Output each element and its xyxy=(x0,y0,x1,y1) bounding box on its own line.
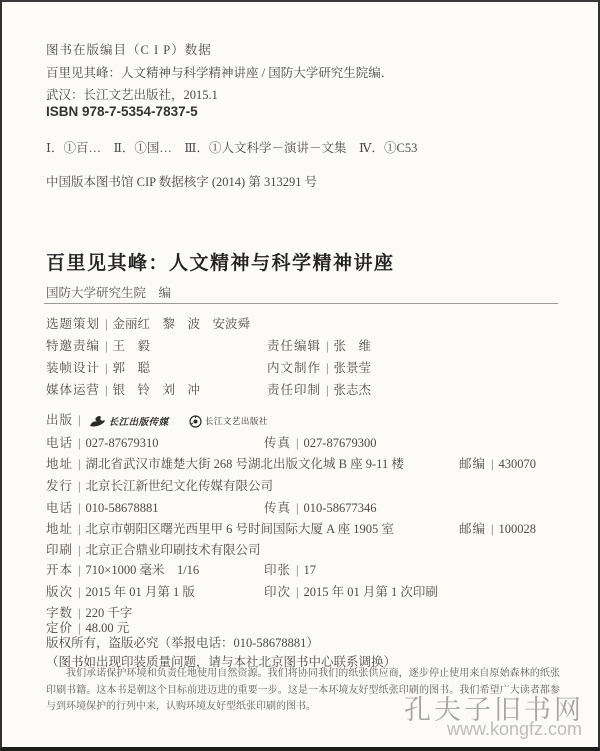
changjiang-media-logo-text: 长江出版传媒 xyxy=(109,414,169,428)
separator: | xyxy=(73,501,86,515)
pub-value: 北京正合鼎业印刷技术有限公司 xyxy=(86,543,261,557)
publisher-row: 印刷|北京正合鼎业印刷技术有限公司 xyxy=(46,540,558,558)
publisher-row: 电话|027-87679310 传真|027-87679300 xyxy=(46,433,558,451)
separator: | xyxy=(100,383,113,397)
credit-label: 特邀责编 xyxy=(46,339,100,353)
separator: | xyxy=(73,436,86,450)
pub-label: 版次 xyxy=(46,585,73,599)
pub-value: 2015 年 01 月第 1 版 xyxy=(86,585,195,599)
publisher-row: 开本|710×1000 毫米 1/16 印张|17 xyxy=(46,560,558,578)
press-seal-icon xyxy=(189,415,202,428)
separator: | xyxy=(73,457,86,471)
separator: | xyxy=(321,361,334,375)
separator: | xyxy=(100,339,113,353)
credits-row: 特邀责编|王 毅 责任编辑|张 维 xyxy=(46,336,558,354)
pub-label: 地址 xyxy=(46,457,73,471)
publisher-row: 版次|2015 年 01 月第 1 版 印次|2015 年 01 月第 1 次印… xyxy=(46,582,558,600)
credit-label: 内文制作 xyxy=(267,361,321,375)
credit-value: 郭 聪 xyxy=(113,361,151,375)
pub-value: 2015 年 01 月第 1 次印刷 xyxy=(304,585,438,599)
separator: | xyxy=(291,501,304,515)
pub-label: 电话 xyxy=(46,436,73,450)
pub-label: 发行 xyxy=(46,479,73,493)
pub-label: 开本 xyxy=(46,563,73,577)
credit-value: 金丽红 黎 波 安波舜 xyxy=(113,317,251,331)
credit-value: 王 毅 xyxy=(113,339,151,353)
pub-label: 印刷 xyxy=(46,543,73,557)
publisher-row: 地址|北京市朝阳区曙光西里甲 6 号时间国际大厦 A 座 1905 室 邮编|1… xyxy=(46,519,558,537)
credit-value: 张 维 xyxy=(334,339,372,353)
pub-label: 出版 xyxy=(46,413,73,427)
cip-entry-line2: 武汉：长江文艺出版社，2015.1 xyxy=(46,85,218,103)
pub-value: 湖北省武汉市雄楚大街 268 号湖北出版文化城 B 座 9-11 楼 xyxy=(86,457,404,471)
pub-value: 430070 xyxy=(499,457,537,471)
separator: | xyxy=(73,479,86,493)
credit-label: 装帧设计 xyxy=(46,361,100,375)
credits-row: 选题策划|金丽红 黎 波 安波舜 xyxy=(46,314,558,332)
separator: | xyxy=(321,339,334,353)
changjiang-press-logo: 长江文艺出版社 xyxy=(189,415,268,428)
pub-label: 印次 xyxy=(264,585,291,599)
pub-label: 邮编 xyxy=(459,457,486,471)
swan-logo-icon xyxy=(89,415,106,428)
changjiang-media-logo: 长江出版传媒 xyxy=(89,414,169,428)
separator: | xyxy=(291,585,304,599)
credits-row: 装帧设计|郭 聪 内文制作|张景莹 xyxy=(46,358,558,376)
divider-rule xyxy=(44,303,558,304)
separator: | xyxy=(73,413,86,427)
pub-value: 010-58677346 xyxy=(304,501,377,515)
cip-heading: 图书在版编目（C I P）数据 xyxy=(46,40,212,58)
separator: | xyxy=(321,383,334,397)
pub-label: 地址 xyxy=(46,522,73,536)
pub-value: 100028 xyxy=(499,522,537,536)
separator: | xyxy=(73,585,86,599)
pub-label: 传真 xyxy=(264,501,291,515)
separator: | xyxy=(100,317,113,331)
isbn-number: ISBN 978-7-5354-7837-5 xyxy=(46,104,198,119)
pub-value: 010-58678881 xyxy=(86,501,159,515)
publisher-row: 发行|北京长江新世纪文化传媒有限公司 xyxy=(46,476,558,494)
pub-value: 027-87679300 xyxy=(304,436,377,450)
publisher-row: 地址|湖北省武汉市雄楚大街 268 号湖北出版文化城 B 座 9-11 楼 邮编… xyxy=(46,454,558,472)
credit-label: 媒体运营 xyxy=(46,383,100,397)
book-editor: 国防大学研究生院 编 xyxy=(46,283,171,301)
changjiang-press-logo-text: 长江文艺出版社 xyxy=(205,415,268,427)
pub-label: 电话 xyxy=(46,501,73,515)
credit-label: 选题策划 xyxy=(46,317,100,331)
credit-value: 张景莹 xyxy=(334,361,372,375)
credit-value: 张志杰 xyxy=(334,383,372,397)
pub-label: 传真 xyxy=(264,436,291,450)
separator: | xyxy=(73,563,86,577)
credit-label: 责任编辑 xyxy=(267,339,321,353)
pub-label: 印张 xyxy=(264,563,291,577)
publisher-row: 电话|010-58678881 传真|010-58677346 xyxy=(46,498,558,516)
cip-entry-line1: 百里见其峰：人文精神与科学精神讲座 / 国防大学研究生院编． xyxy=(46,63,393,81)
publisher-row: 出版| 长江出版传媒 长江文艺出版社 xyxy=(46,410,558,428)
cip-registry-number: 中国版本图书馆 CIP 数据核字 (2014) 第 313291 号 xyxy=(46,172,317,190)
pub-value: 027-87679310 xyxy=(86,436,159,450)
separator: | xyxy=(73,522,86,536)
pub-value: 17 xyxy=(304,563,317,577)
separator: | xyxy=(486,522,499,536)
separator: | xyxy=(291,436,304,450)
credits-row: 媒体运营|银 铃 刘 冲 责任印制|张志杰 xyxy=(46,380,558,398)
separator: | xyxy=(291,563,304,577)
separator: | xyxy=(100,361,113,375)
copyright-notice: 版权所有，盗版必究（举报电话：010-58678881） xyxy=(46,633,319,651)
credit-value: 银 铃 刘 冲 xyxy=(113,383,201,397)
credit-label: 责任印制 xyxy=(267,383,321,397)
pub-value: 北京市朝阳区曙光西里甲 6 号时间国际大厦 A 座 1905 室 xyxy=(86,522,394,536)
pub-value: 710×1000 毫米 1/16 xyxy=(86,563,200,577)
pub-value: 北京长江新世纪文化传媒有限公司 xyxy=(86,479,274,493)
separator: | xyxy=(73,543,86,557)
pub-label: 邮编 xyxy=(459,522,486,536)
book-title: 百里见其峰：人文精神与科学精神讲座 xyxy=(46,248,395,275)
cip-classification: Ⅰ．①百… Ⅱ．①国… Ⅲ．①人文科学－演讲－文集 Ⅳ．①C53 xyxy=(46,138,417,156)
copyright-page: 图书在版编目（C I P）数据 百里见其峰：人文精神与科学精神讲座 / 国防大学… xyxy=(0,0,600,751)
separator: | xyxy=(486,457,499,471)
kongfz-watermark-url: www.kongfz.com xyxy=(447,719,582,740)
